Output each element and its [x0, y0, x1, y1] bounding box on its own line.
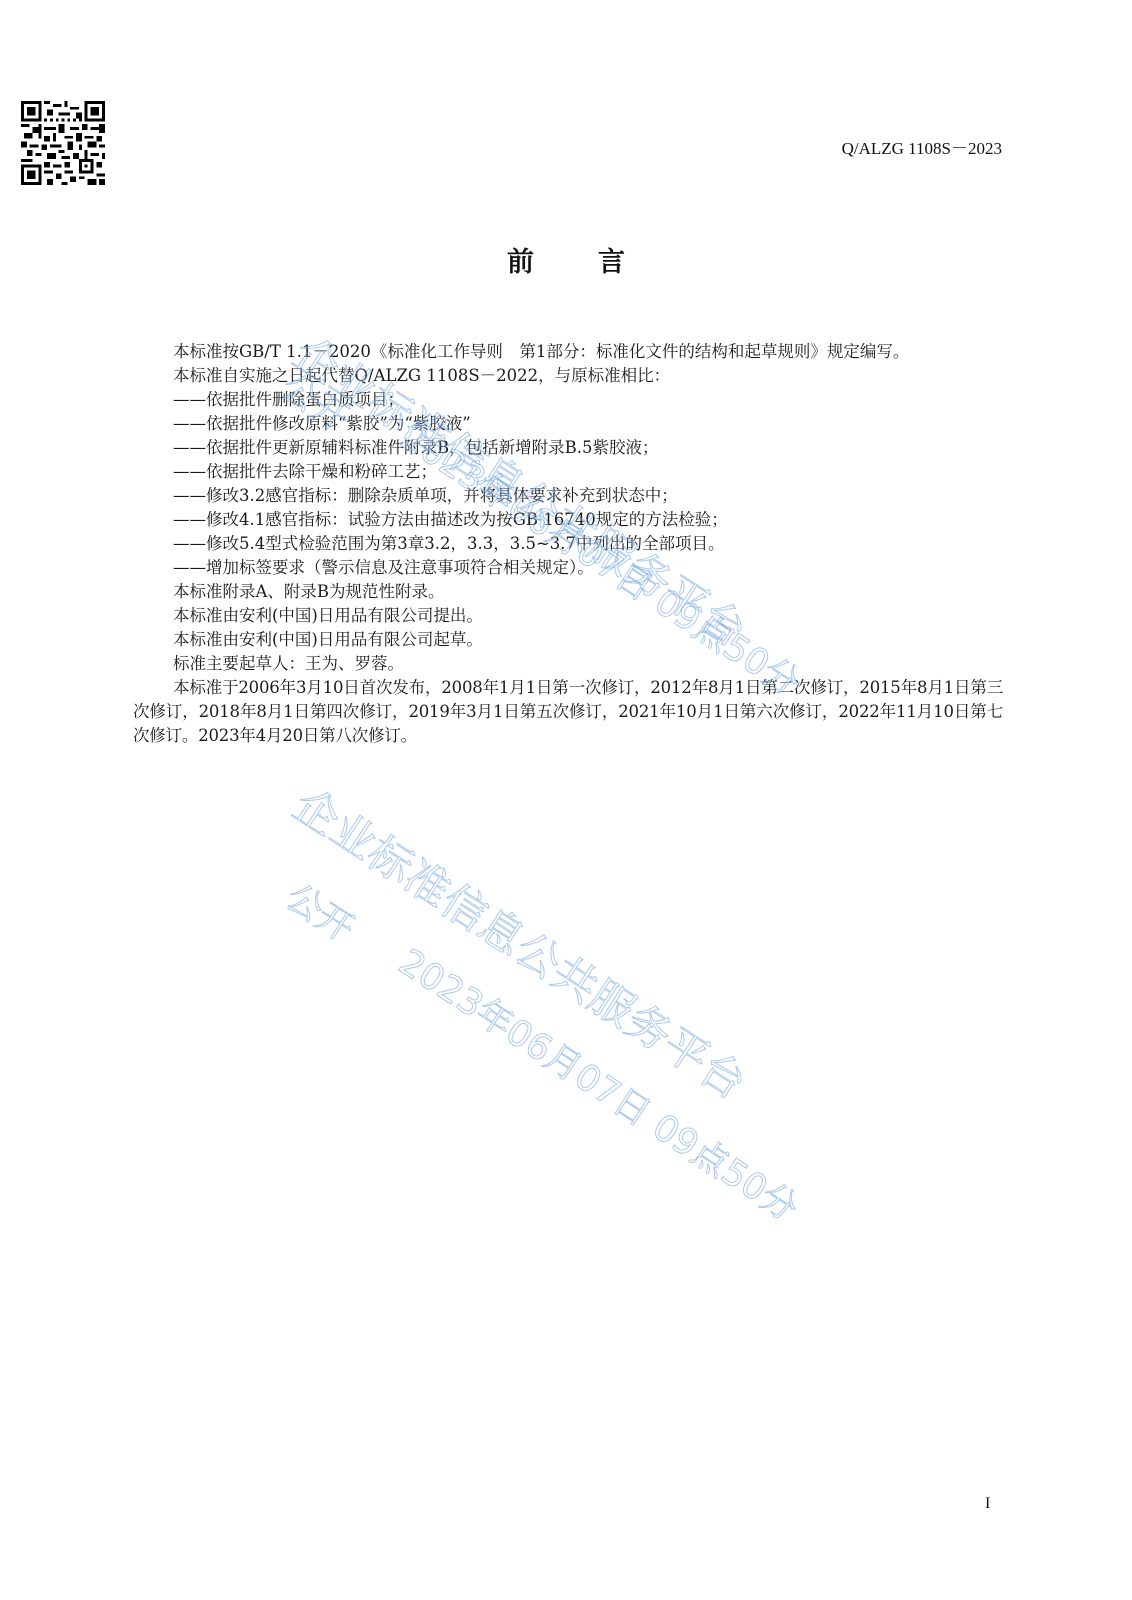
- title-char-1: 前: [507, 247, 534, 278]
- foreword-body: 本标准按GB/T 1.1－2020《标准化工作导则 第1部分：标准化文件的结构和…: [133, 340, 1003, 748]
- change-item: ——依据批件删除蛋白质项目；: [133, 388, 1003, 412]
- watermark-date-2: 2023年06月07日 09点50分: [390, 935, 809, 1232]
- watermark-platform-2: 企业标准信息公共服务平台: [283, 770, 761, 1111]
- change-item: ——修改5.4型式检验范围为第3章3.2，3.3，3.5~3.7中列出的全部项目…: [133, 532, 1003, 556]
- change-item: ——增加标签要求（警示信息及注意事项符合相关规定）。: [133, 556, 1003, 580]
- change-item: ——修改4.1感官指标：试验方法由描述改为按GB 16740规定的方法检验；: [133, 508, 1003, 532]
- paragraph-drafter: 本标准由安利(中国)日用品有限公司起草。: [133, 628, 1003, 652]
- document-code: Q/ALZG 1108S－2023: [842, 134, 1002, 159]
- paragraph-appendix: 本标准附录A、附录B为规范性附录。: [133, 580, 1003, 604]
- page-number: I: [985, 1495, 990, 1513]
- change-item: ——依据批件更新原辅料标准件附录B，包括新增附录B.5紫胶液；: [133, 436, 1003, 460]
- paragraph-revision-history: 本标准于2006年3月10日首次发布，2008年1月1日第一次修订，2012年8…: [133, 676, 1003, 748]
- change-item: ——依据批件修改原料“紫胶”为“紫胶液”: [133, 412, 1003, 436]
- page-title: 前言: [0, 240, 1132, 279]
- change-item: ——依据批件去除干燥和粉碎工艺；: [133, 460, 1003, 484]
- change-item: ——修改3.2感官指标：删除杂质单项，并将具体要求补充到状态中；: [133, 484, 1003, 508]
- watermark-public-2: 公开: [277, 870, 365, 952]
- paragraph-proposer: 本标准由安利(中国)日用品有限公司提出。: [133, 604, 1003, 628]
- paragraph-replaces: 本标准自实施之日起代替Q/ALZG 1108S－2022，与原标准相比：: [133, 364, 1003, 388]
- paragraph-standard-basis: 本标准按GB/T 1.1－2020《标准化工作导则 第1部分：标准化文件的结构和…: [133, 340, 1003, 364]
- qr-code: [20, 101, 106, 185]
- paragraph-authors: 标准主要起草人：王为、罗蓉。: [133, 652, 1003, 676]
- title-char-2: 言: [598, 247, 625, 278]
